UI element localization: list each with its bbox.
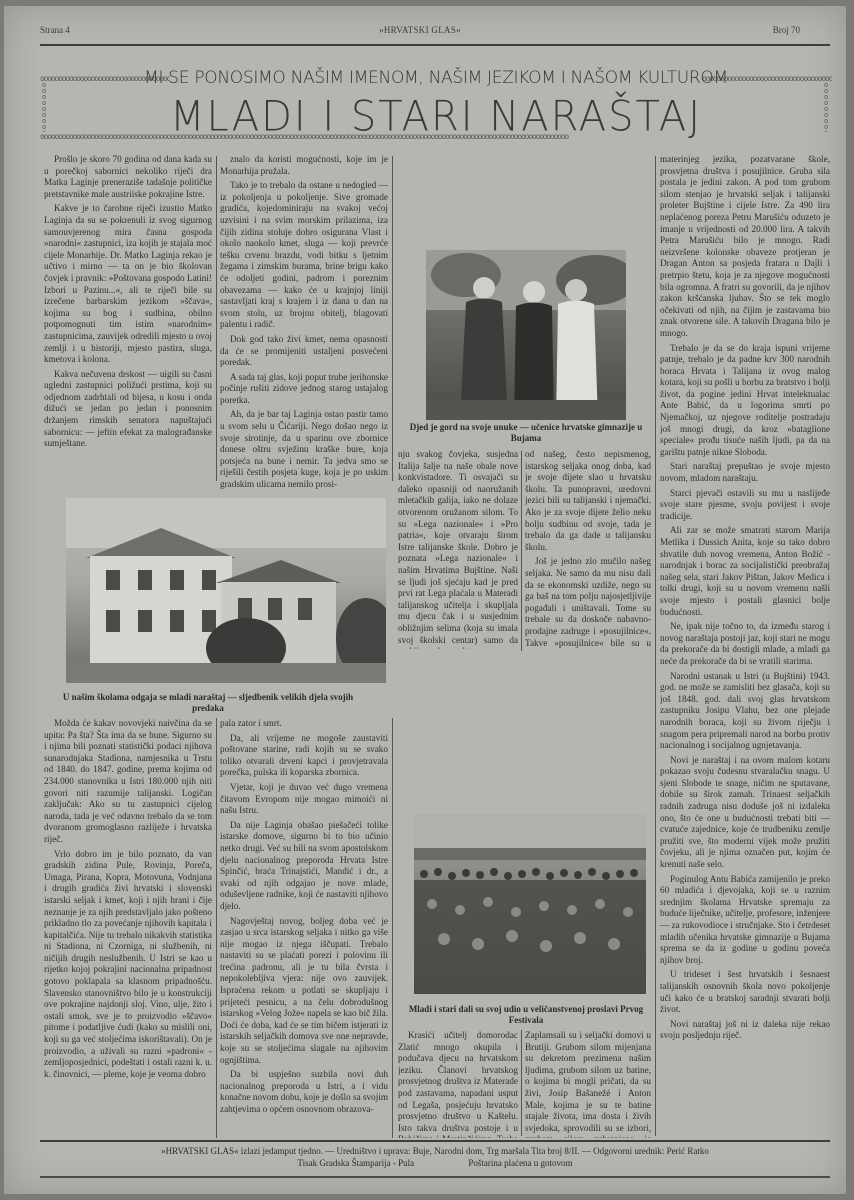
paragraph: Da nije Laginja obašao piešačeći tolike …: [220, 820, 388, 913]
paragraph: Prošlo je skoro 70 godina od dana kada s…: [44, 154, 212, 200]
photo-grandfather-granddaughters: [426, 250, 626, 420]
paragraph: Krasići učitelj domorodac Zlatić mnogo o…: [398, 1030, 518, 1138]
running-head: Strana 4 »HRVATSKI GLAS« Broj 70: [40, 25, 800, 41]
photo-figures-illustration: [426, 250, 626, 420]
photo-caption-school: U našim školama odgaja se mladi naraštaj…: [48, 692, 368, 714]
column-divider: [521, 1030, 522, 1136]
paragraph: A sada taj glas, koji poput trube jeriho…: [220, 372, 388, 407]
paragraph: Vjetar, koji je duvao već dugo vremena č…: [220, 782, 388, 817]
paragraph: Novi naraštaj još ni iz daleka nije reka…: [660, 1019, 830, 1042]
issue-number: Broj 70: [773, 25, 800, 35]
footer-rule: [40, 1140, 830, 1142]
paragraph: Kakva nečuvena drskost — uigili su časni…: [44, 369, 212, 450]
column-divider: [392, 156, 393, 481]
footer-bottom-rule: [40, 1176, 830, 1178]
paragraph: Ah, da je bar taj Laginja ostao pastir t…: [220, 409, 388, 489]
paragraph: U trideset i šest hrvatskih i šesnaest t…: [660, 969, 830, 1015]
imprint-footer: »HRVATSKI GLAS« izlazi jedamput tjedno. …: [40, 1145, 830, 1169]
column-4-bottom: Zaplamsali su i seljački domovi u Brutij…: [525, 1030, 651, 1138]
paragraph: Ali zar se može smatrati starom Marija M…: [660, 525, 830, 618]
paragraph: Dok god tako živi kmet, nema opasnosti d…: [220, 334, 388, 369]
column-divider: [655, 156, 656, 1136]
column-1-top: Prošlo je skoro 70 godina od dana kada s…: [44, 154, 212, 489]
paragraph: Tako je to trebalo da ostane u nedogled …: [220, 180, 388, 331]
column-divider: [392, 718, 393, 1138]
photo-caption-festival: Mladi i stari dali su svoj udio u veliča…: [400, 1004, 652, 1026]
publication-name: »HRVATSKI GLAS«: [40, 25, 800, 35]
paragraph: Kakve je to čarobne riječi izustio Matko…: [44, 203, 212, 365]
paragraph: Još je jedno zlo mučilo našeg seljaka. N…: [525, 556, 651, 649]
postage-info: Poštarina plaćena u gotovom: [468, 1157, 572, 1169]
paragraph: nju svakog čovjeka, susjedna Italija šal…: [398, 449, 518, 649]
column-divider: [521, 451, 522, 651]
column-4-mid: od našeg, često nepismenog, istarskog se…: [525, 449, 651, 649]
photo-school-building: [66, 498, 386, 683]
paragraph: materinjeg jezika, pozatvarane škole, pr…: [660, 154, 830, 340]
printer-info: Tisak Gradska Štamparija - Pula: [297, 1157, 414, 1169]
column-5: materinjeg jezika, pozatvarane škole, pr…: [660, 154, 830, 1139]
article-banner: oooooooooooooooooooooooooooooooooooooooo…: [40, 62, 832, 144]
paragraph: od našeg, često nepismenog, istarskog se…: [525, 449, 651, 553]
photo-caption-grandfather: Djed je gord na svoje unuke — učenice hr…: [400, 422, 652, 444]
paragraph: znalo da koristi mogućnosti, koje im je …: [220, 154, 388, 177]
paragraph: Trebalo je da se do kraja ispuni vrijeme…: [660, 343, 830, 459]
column-divider: [216, 718, 217, 1138]
paragraph: Da bi uspješno suzbila novi duh nacional…: [220, 1069, 388, 1115]
paragraph: Poginulog Antu Babića zamijenilo je prek…: [660, 874, 830, 967]
column-divider: [216, 156, 217, 481]
paragraph: Narodni ustanak u Istri (u Bujštini) 194…: [660, 671, 830, 752]
column-2-bottom: pala zator i smrt. Da, ali vrijeme ne mo…: [220, 718, 388, 1138]
imprint-line-2: Tisak Gradska Štamparija - Pula Poštarin…: [40, 1157, 830, 1169]
column-3-bottom: Krasići učitelj domorodac Zlatić mnogo o…: [398, 1030, 518, 1138]
paragraph: Zaplamsali su i seljački domovi u Brutij…: [525, 1030, 651, 1138]
imprint-line: »HRVATSKI GLAS« izlazi jedamput tjedno. …: [40, 1145, 830, 1157]
header-rule: [40, 44, 830, 46]
paragraph: Stari naraštaj prepuštao je svoje mjesto…: [660, 461, 830, 484]
paragraph: Možda će kakav novovjeki naivčina da se …: [44, 718, 212, 846]
photo-crowd-illustration: [414, 814, 646, 994]
photo-building-illustration: [66, 498, 386, 683]
column-3-mid: nju svakog čovjeka, susjedna Italija šal…: [398, 449, 518, 649]
column-2-top: znalo da koristi mogućnosti, koje im je …: [220, 154, 388, 489]
newspaper-page: Strana 4 »HRVATSKI GLAS« Broj 70 ooooooo…: [4, 6, 846, 1194]
paragraph: Ne, ipak nije točno to, da između starog…: [660, 621, 830, 667]
article-kicker: MI SE PONOSIMO NAŠIM IMENOM, NAŠIM JEZIK…: [40, 68, 832, 88]
paragraph: Vrlo dobro im je bilo poznato, da van gr…: [44, 849, 212, 1081]
paragraph: Novi je naraštaj i na ovom malom kotaru …: [660, 755, 830, 871]
paragraph: pala zator i smrt.: [220, 718, 388, 730]
paragraph: Da, ali vrijeme ne mogoše zaustaviti poš…: [220, 733, 388, 779]
paragraph: Starci pjevači ostavili su mu u naslijeđ…: [660, 488, 830, 523]
photo-festival-crowd: [414, 814, 646, 994]
column-1-bottom: Možda će kakav novovjeki naivčina da se …: [44, 718, 212, 1138]
paragraph: Nagovještaj novog, boljeg doba već je za…: [220, 916, 388, 1067]
ornament-chain-bottom: oooooooooooooooooooooooooooooooooooooooo…: [40, 132, 832, 141]
